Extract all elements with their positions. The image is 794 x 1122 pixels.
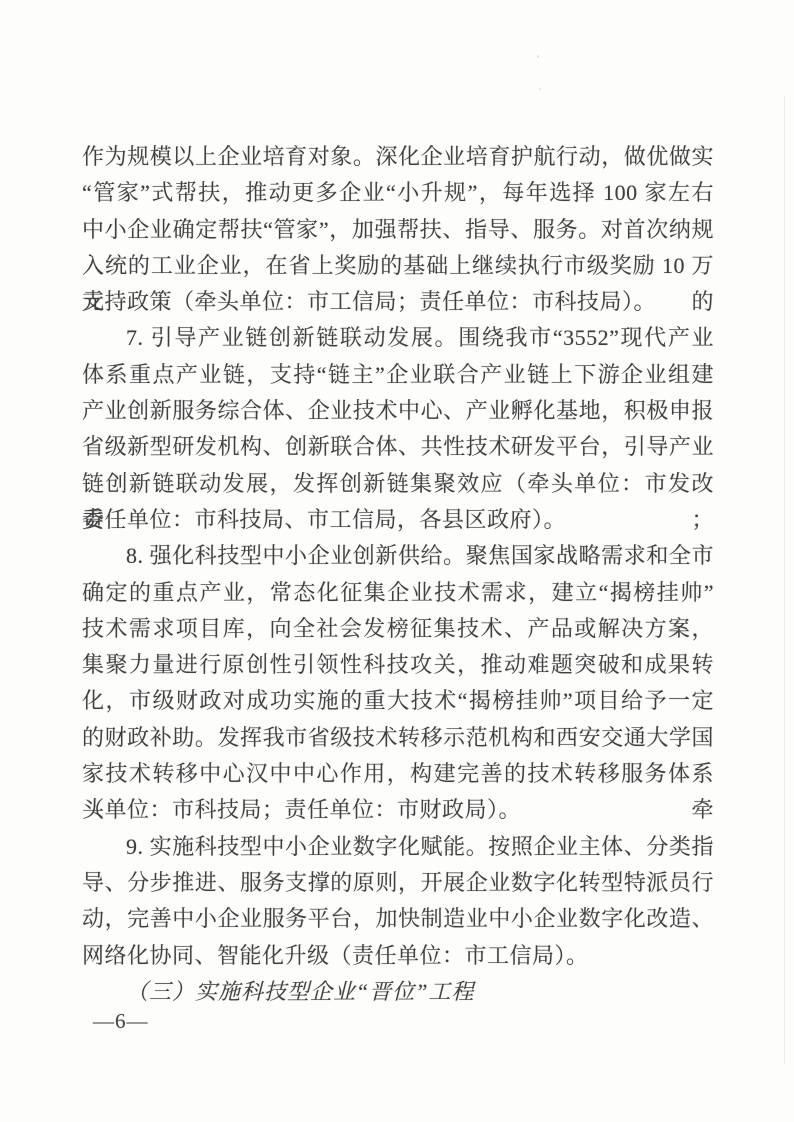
paragraph-continuation: 作为规模以上企业培育对象。深化企业培育护航行动，做优做实 “管家”式帮扶，推动更… bbox=[82, 139, 714, 320]
text-line: 7. 引导产业链创新链联动发展。围绕我市“3552”现代产业 bbox=[82, 320, 714, 356]
text-line: 8. 强化科技型中小企业创新供给。聚焦国家战略需求和全市 bbox=[82, 538, 714, 574]
text-line: 入统的工业企业，在省上奖励的基础上继续执行市级奖励 10 万元的 bbox=[82, 248, 714, 284]
text-line: 中小企业确定帮扶“管家”，加强帮扶、指导、服务。对首次纳规 bbox=[82, 212, 714, 248]
scan-speck bbox=[537, 55, 539, 58]
paragraph-item-7: 7. 引导产业链创新链联动发展。围绕我市“3552”现代产业 体系重点产业链，支… bbox=[82, 320, 714, 538]
document-body: 作为规模以上企业培育对象。深化企业培育护航行动，做优做实 “管家”式帮扶，推动更… bbox=[82, 139, 714, 1010]
text-line: 链创新链联动发展，发挥创新链集聚效应（牵头单位：市发改委； bbox=[82, 466, 714, 502]
text-line: 导、分步推进、服务支撑的原则，开展企业数字化转型特派员行 bbox=[82, 865, 714, 901]
page-number: —6— bbox=[93, 1006, 149, 1036]
text-line: 动，完善中小企业服务平台，加快制造业中小企业数字化改造、 bbox=[82, 901, 714, 937]
scan-speck bbox=[539, 88, 541, 90]
paragraph-item-9: 9. 实施科技型中小企业数字化赋能。按照企业主体、分类指 导、分步推进、服务支撑… bbox=[82, 829, 714, 974]
text-line: 体系重点产业链，支持“链主”企业联合产业链上下游企业组建 bbox=[82, 357, 714, 393]
scan-artifact-line bbox=[784, 96, 785, 1064]
text-line: 家技术转移中心汉中中心作用，构建完善的技术转移服务体系（牵 bbox=[82, 756, 714, 792]
paragraph-item-8: 8. 强化科技型中小企业创新供给。聚焦国家战略需求和全市 确定的重点产业，常态化… bbox=[82, 538, 714, 828]
text-line: “管家”式帮扶，推动更多企业“小升规”，每年选择 100 家左右 bbox=[82, 175, 714, 211]
text-line: 支持政策（牵头单位：市工信局；责任单位：市科技局）。 bbox=[82, 284, 714, 320]
section-heading: （三）实施科技型企业“晋位”工程 bbox=[82, 974, 714, 1010]
text-line: 确定的重点产业，常态化征集企业技术需求，建立“揭榜挂帅” bbox=[82, 575, 714, 611]
text-line: 9. 实施科技型中小企业数字化赋能。按照企业主体、分类指 bbox=[82, 829, 714, 865]
text-line: 作为规模以上企业培育对象。深化企业培育护航行动，做优做实 bbox=[82, 139, 714, 175]
text-line: 集聚力量进行原创性引领性科技攻关，推动难题突破和成果转 bbox=[82, 647, 714, 683]
text-line: 技术需求项目库，向全社会发榜征集技术、产品或解决方案， bbox=[82, 611, 714, 647]
text-line: 省级新型研发机构、创新联合体、共性技术研发平台，引导产业 bbox=[82, 429, 714, 465]
text-line: 网络化协同、智能化升级（责任单位：市工信局）。 bbox=[82, 938, 714, 974]
text-line: 产业创新服务综合体、企业技术中心、产业孵化基地，积极申报 bbox=[82, 393, 714, 429]
text-line: 化，市级财政对成功实施的重大技术“揭榜挂帅”项目给予一定 bbox=[82, 683, 714, 719]
scanned-document-page: 作为规模以上企业培育对象。深化企业培育护航行动，做优做实 “管家”式帮扶，推动更… bbox=[0, 0, 794, 1122]
text-line: 的财政补助。发挥我市省级技术转移示范机构和西安交通大学国 bbox=[82, 720, 714, 756]
